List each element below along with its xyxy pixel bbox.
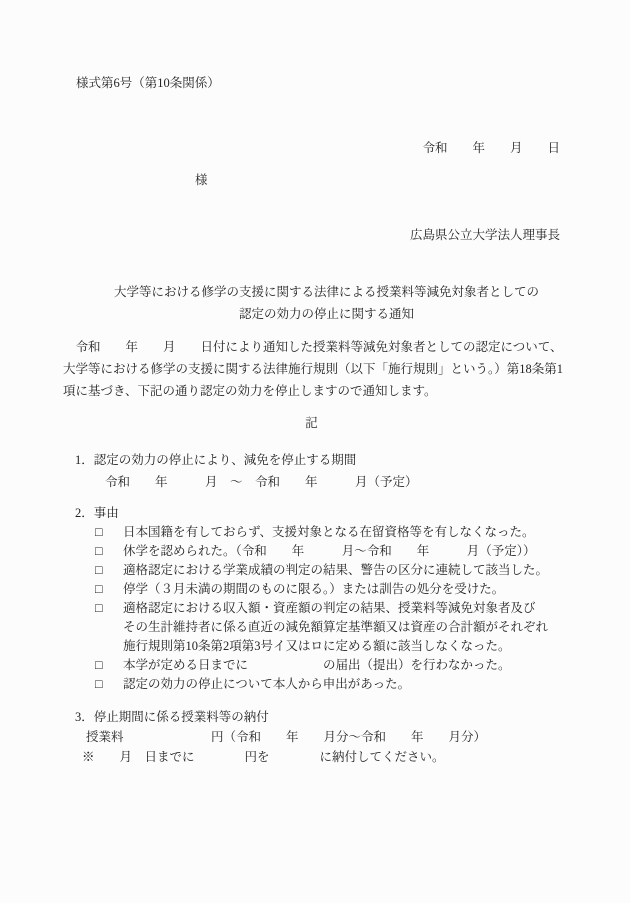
body-paragraph: 令和 年 月 日付により通知した授業料等減免対象者としての認定について、 大学等…: [63, 336, 560, 402]
addressee-line: 様: [195, 169, 560, 191]
reason-item-disciplinary-action: □ 停学（３月未満の期間のものに限る。）または訓告の処分を受けた。: [95, 580, 560, 599]
issuer-line: 広島県公立大学法人理事長: [63, 224, 560, 246]
reason-item-nationality: □ 日本国籍を有しておらず、支援対象となる在留資格等を有しなくなった。: [95, 523, 560, 542]
checkbox-icon: □: [95, 599, 108, 656]
checkbox-icon: □: [95, 523, 108, 542]
checkbox-icon: □: [95, 561, 108, 580]
body-paragraph-line: 項に基づき、下記の通り認定の効力を停止しますので通知します。: [63, 380, 560, 402]
body-paragraph-line: 大学等における修学の支援に関する法律施行規則（以下「施行規則」という。）第18条…: [63, 358, 560, 380]
section2-heading: 2．事由: [75, 504, 560, 523]
section-suspension-period: 1．認定の効力の停止により、減免を停止する期間 令和 年 月 ～ 令和 年 月（…: [63, 449, 560, 493]
checkbox-icon: □: [95, 542, 108, 561]
reason-item-text: 休学を認められた。（令和 年 月～令和 年 月（予定））: [123, 542, 560, 561]
reason-item-text: 停学（３月未満の期間のものに限る。）または訓告の処分を受けた。: [123, 580, 560, 599]
reason-item-text: 本学が定める日までに の届出（提出）を行わなかった。: [123, 656, 560, 675]
reason-item-missed-submission: □ 本学が定める日までに の届出（提出）を行わなかった。: [95, 656, 560, 675]
reason-item-self-request: □ 認定の効力の停止について本人から申出があった。: [95, 675, 560, 694]
reason-item-text: 認定の効力の停止について本人から申出があった。: [123, 675, 560, 694]
section1-heading: 1．認定の効力の停止により、減免を停止する期間: [75, 449, 560, 471]
document-page: 様式第6号（第10条関係） 令和 年 月 日 様 広島県公立大学法人理事長 大学…: [0, 0, 630, 903]
document-title: 大学等における修学の支援に関する法律による授業料等減免対象者としての 認定の効力…: [93, 281, 560, 325]
reason-item-text: 適格認定における収入額・資産額の判定の結果、授業料等減免対象者及び: [123, 599, 560, 618]
document-title-line1: 大学等における修学の支援に関する法律による授業料等減免対象者としての: [93, 281, 560, 303]
issue-date-line: 令和 年 月 日: [63, 137, 560, 159]
payment-note-line: ※ 月 日までに 円を に納付してください。: [82, 747, 560, 767]
tuition-amount-line: 授業料 円（令和 年 月分～令和 年 月分）: [86, 727, 560, 747]
reason-item-text: その生計維持者に係る直近の減免額算定基準額又は資産の合計額がそれぞれ: [123, 618, 560, 637]
section-tuition-payment: 3．停止期間に係る授業料等の納付 授業料 円（令和 年 月分～令和 年 月分） …: [63, 707, 560, 767]
body-paragraph-line: 令和 年 月 日付により通知した授業料等減免対象者としての認定について、: [63, 336, 560, 358]
reason-item-text: 施行規則第10条第2項第3号イ又はロに定める額に該当しなくなった。: [123, 637, 560, 656]
reason-item-income-assets: □ 適格認定における収入額・資産額の判定の結果、授業料等減免対象者及び その生計…: [95, 599, 560, 656]
form-number: 様式第6号（第10条関係）: [76, 72, 560, 94]
section3-heading: 3．停止期間に係る授業料等の納付: [75, 707, 560, 727]
reason-item-leave-of-absence: □ 休学を認められた。（令和 年 月～令和 年 月（予定））: [95, 542, 560, 561]
suspension-period-line: 令和 年 月 ～ 令和 年 月（予定）: [105, 471, 560, 493]
reason-item-text: 日本国籍を有しておらず、支援対象となる在留資格等を有しなくなった。: [123, 523, 560, 542]
reason-item-text: 適格認定における学業成績の判定の結果、警告の区分に連続して該当した。: [123, 561, 560, 580]
section-reasons: 2．事由 □ 日本国籍を有しておらず、支援対象となる在留資格等を有しなくなった。…: [63, 504, 560, 694]
checkbox-icon: □: [95, 656, 108, 675]
document-title-line2: 認定の効力の停止に関する通知: [93, 303, 560, 325]
checkbox-icon: □: [95, 580, 108, 599]
checkbox-icon: □: [95, 675, 108, 694]
ki-label: 記: [63, 412, 560, 434]
reason-item-academic-warning: □ 適格認定における学業成績の判定の結果、警告の区分に連続して該当した。: [95, 561, 560, 580]
